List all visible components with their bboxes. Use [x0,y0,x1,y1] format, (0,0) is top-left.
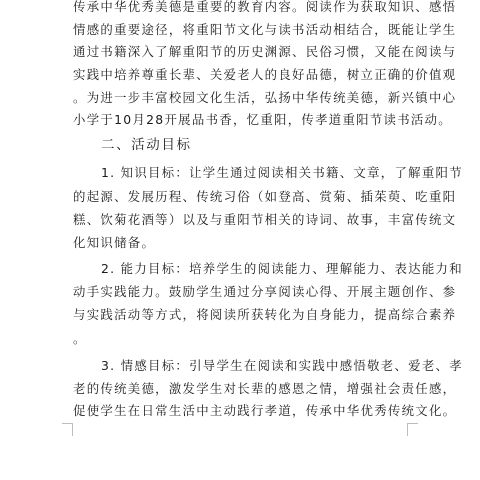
section-heading: 二、活动目标 [101,137,433,153]
document-page: 传承中华优秀美德是重要的教育内容。阅读作为获取知识、感悟 情感的重要途径，将重阳… [0,0,480,480]
ability-goal-line-2: 动手实践能力。鼓励学生通过分享阅读心得、开展主题创作、参 [73,284,405,300]
body-line-6: 小学于10月28开展品书香，忆重阳，传孝道重阳节读书活动。 [73,112,405,128]
ability-goal-line-3: 与实践活动等方式，将阅读所获转化为自身能力，提高综合素养 [73,307,405,323]
knowledge-goal-line-4: 化知识储备。 [73,235,405,251]
body-line-5: 。为进一步丰富校园文化生活，弘扬中华传统美德，新兴镇中心 [73,90,405,106]
emotion-goal-line-3: 促使学生在日常生活中主动践行孝道，传承中华优秀传统文化。 [73,403,405,419]
emotion-goal-line-2: 老的传统美德，激发学生对长辈的感恩之情，增强社会责任感， [73,381,405,397]
body-line-3: 通过书籍深入了解重阳节的历史渊源、民俗习惯，又能在阅读与 [73,44,405,60]
ability-goal-line-1: 2. 能力目标：培养学生的阅读能力、理解能力、表达能力和 [101,261,405,277]
body-line-2: 情感的重要途径，将重阳节文化与读书活动相结合，既能让学生 [73,22,405,38]
knowledge-goal-line-1: 1. 知识目标：让学生通过阅读相关书籍、文章，了解重阳节 [101,165,405,181]
knowledge-goal-line-2: 的起源、发展历程、传统习俗（如登高、赏菊、插茱萸、吃重阳 [73,189,405,205]
body-line-1: 传承中华优秀美德是重要的教育内容。阅读作为获取知识、感悟 [73,0,405,15]
knowledge-goal-line-3: 糕、饮菊花酒等）以及与重阳节相关的诗词、故事，丰富传统文 [73,212,405,228]
page-margin-corner-right [407,423,418,436]
emotion-goal-line-1: 3. 情感目标：引导学生在阅读和实践中感悟敬老、爱老、孝 [101,358,405,374]
body-line-4: 实践中培养尊重长辈、关爱老人的良好品德，树立正确的价值观 [73,67,405,83]
page-margin-corner-left [62,423,73,436]
ability-goal-line-4: 。 [73,331,405,347]
